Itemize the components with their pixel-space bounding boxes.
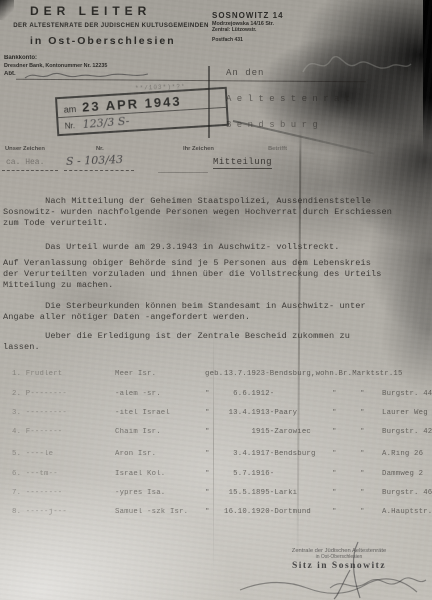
person-given-name: Aron Isr. bbox=[115, 450, 156, 458]
person-row-1: 1. Frudlert Meer Isr. geb. 13.7.1923-Ben… bbox=[0, 370, 432, 390]
person-geb-mark: geb. bbox=[205, 370, 223, 378]
person-row-2: 2. P-------- -alem -sr. " 6.6.1912- " " … bbox=[0, 390, 432, 410]
person-number-name: 7. -------- bbox=[12, 489, 62, 497]
person-birth: 13.4.1913-Paary bbox=[224, 409, 297, 417]
date-stamp: am 23 APR 1943 Nr. 123/3 S- bbox=[55, 87, 229, 136]
person-birth: 13.7.1923-Bendsburg,wohn.Br.Marktstr.15 bbox=[224, 370, 403, 378]
person-geb-mark: " bbox=[205, 450, 210, 458]
addressee-name: A e l t e s t e n r a t bbox=[226, 94, 350, 104]
ref-ihr-zeichen-label: Ihr Zeichen bbox=[183, 146, 214, 152]
person-birth: 1915-Zarowiec bbox=[224, 428, 311, 436]
person-given-name: -alem -sr. bbox=[115, 390, 161, 398]
body-paragraph-2: Das Urteil wurde am 29.3.1943 in Auschwi… bbox=[3, 242, 431, 253]
ref-underline-mid bbox=[64, 170, 134, 171]
ditto-mark: " bbox=[360, 390, 365, 398]
person-geb-mark: " bbox=[205, 428, 210, 436]
person-given-name: Samuel -szk Isr. bbox=[115, 508, 188, 516]
ref-nr-value: S - 103/43 bbox=[66, 153, 123, 168]
addressee-salutation: An den bbox=[226, 68, 264, 78]
ditto-mark: " bbox=[360, 409, 365, 417]
person-given-name: Israel Kol. bbox=[115, 470, 165, 478]
person-address: A.Ring 26 bbox=[382, 450, 423, 458]
person-given-name: Meer Isr. bbox=[115, 370, 156, 378]
person-row-8: 8. -----j--- Samuel -szk Isr. " 16.10.19… bbox=[0, 508, 432, 528]
person-number-name: 8. -----j--- bbox=[12, 508, 67, 516]
ref-betrifft-label: Betrifft bbox=[268, 146, 287, 152]
sender-city: SOSNOWITZ 14 bbox=[212, 11, 284, 20]
signature-flourish bbox=[235, 572, 425, 600]
department-label: Abt. bbox=[4, 71, 16, 77]
sender-block: SOSNOWITZ 14 Modrzejowska 14/16 Str. Zen… bbox=[212, 11, 284, 43]
ditto-mark: " bbox=[360, 428, 365, 436]
ref-betrifft-value: Mitteilung bbox=[213, 157, 272, 169]
person-row-4: 4. F------- Chaim Isr. " 1915-Zarowiec "… bbox=[0, 428, 432, 448]
ditto-mark: " bbox=[332, 428, 337, 436]
body-paragraph-1: Nach Mitteilung der Geheimen Staatspoliz… bbox=[3, 196, 431, 229]
ditto-mark: " bbox=[360, 508, 365, 516]
body-paragraph-5: Ueber die Erledigung ist der Zentrale Be… bbox=[3, 331, 431, 353]
person-row-6: 6. ---tm-- Israel Kol. " 5.7.1916- " " D… bbox=[0, 470, 432, 490]
person-given-name: -ypres Isa. bbox=[115, 489, 165, 497]
person-address: Laurer Weg bbox=[382, 409, 428, 417]
person-number-name: 3. --------- bbox=[12, 409, 67, 417]
person-geb-mark: " bbox=[205, 390, 210, 398]
person-given-name: -itel Israel bbox=[115, 409, 170, 417]
person-geb-mark: " bbox=[205, 489, 210, 497]
letterhead-region: in Ost-Oberschlesien bbox=[30, 35, 176, 47]
stamp-nr-value: 123/3 S- bbox=[82, 114, 130, 131]
ditto-mark: " bbox=[332, 450, 337, 458]
ditto-mark: " bbox=[332, 489, 337, 497]
photo-edge-shadow bbox=[423, 0, 432, 150]
person-row-7: 7. -------- -ypres Isa. " 15.5.1895-Lark… bbox=[0, 489, 432, 509]
letterhead-title: DER LEITER bbox=[30, 4, 151, 18]
person-address: A.Hauptstr. bbox=[382, 508, 432, 516]
stamp-am-label: am bbox=[63, 104, 76, 115]
document-photo: DER LEITER DER ÄLTESTENRÄTE DER JÜDISCHE… bbox=[0, 0, 432, 600]
body-paragraph-4: Die Sterbeurkunden können beim Standesam… bbox=[3, 301, 431, 323]
ref-nr-label: Nr. bbox=[96, 146, 104, 152]
person-number-name: 1. Frudlert bbox=[12, 370, 62, 378]
bank-label: Bankkonto: bbox=[4, 55, 37, 61]
ditto-mark: " bbox=[332, 409, 337, 417]
stamp-nr-label: Nr. bbox=[64, 121, 75, 131]
ref-underline-left bbox=[2, 170, 58, 171]
addressee-city: B e n d s b u r g bbox=[226, 120, 318, 130]
ditto-mark: " bbox=[360, 470, 365, 478]
handwritten-annotation bbox=[295, 42, 415, 92]
person-number-name: 4. F------- bbox=[12, 428, 62, 436]
ref-underline-right bbox=[158, 172, 208, 173]
ditto-mark: " bbox=[360, 450, 365, 458]
sender-pobox: Postfach 431 bbox=[212, 37, 284, 43]
person-geb-mark: " bbox=[205, 508, 210, 516]
ditto-mark: " bbox=[332, 470, 337, 478]
person-geb-mark: " bbox=[205, 470, 210, 478]
person-birth: 3.4.1917-Bendsburg bbox=[224, 450, 316, 458]
sender-street-2: Zentral: Lützowstr. bbox=[212, 27, 284, 33]
letterhead-subtitle: DER ÄLTESTENRÄTE DER JÜDISCHEN KULTUSGEM… bbox=[0, 22, 222, 29]
person-birth: 5.7.1916- bbox=[224, 470, 274, 478]
corner-shadow bbox=[0, 0, 14, 20]
ditto-mark: " bbox=[332, 390, 337, 398]
person-birth: 16.10.1920-Dortmund bbox=[224, 508, 311, 516]
person-geb-mark: " bbox=[205, 409, 210, 417]
person-number-name: 2. P-------- bbox=[12, 390, 67, 398]
ditto-mark: " bbox=[332, 508, 337, 516]
person-address: Dammweg 2 bbox=[382, 470, 423, 478]
person-row-5: 5. ----le Aron Isr. " 3.4.1917-Bendsburg… bbox=[0, 450, 432, 470]
ref-unser-zeichen-value: ca. Hea. bbox=[6, 158, 44, 167]
person-birth: 15.5.1895-Larki bbox=[224, 489, 297, 497]
person-birth: 6.6.1912- bbox=[224, 390, 274, 398]
body-paragraph-3: Auf Veranlassung obiger Behörde sind je … bbox=[3, 258, 431, 291]
person-address: Burgstr. 42 bbox=[382, 428, 432, 436]
person-address: Burgstr. 44 bbox=[382, 390, 432, 398]
person-address: Burgstr. 46 bbox=[382, 489, 432, 497]
person-row-3: 3. --------- -itel Israel " 13.4.1913-Pa… bbox=[0, 409, 432, 429]
person-number-name: 6. ---tm-- bbox=[12, 470, 58, 478]
ref-unser-zeichen-label: Unser Zeichen bbox=[5, 146, 45, 152]
ditto-mark: " bbox=[360, 489, 365, 497]
person-number-name: 5. ----le bbox=[12, 450, 53, 458]
person-given-name: Chaim Isr. bbox=[115, 428, 161, 436]
